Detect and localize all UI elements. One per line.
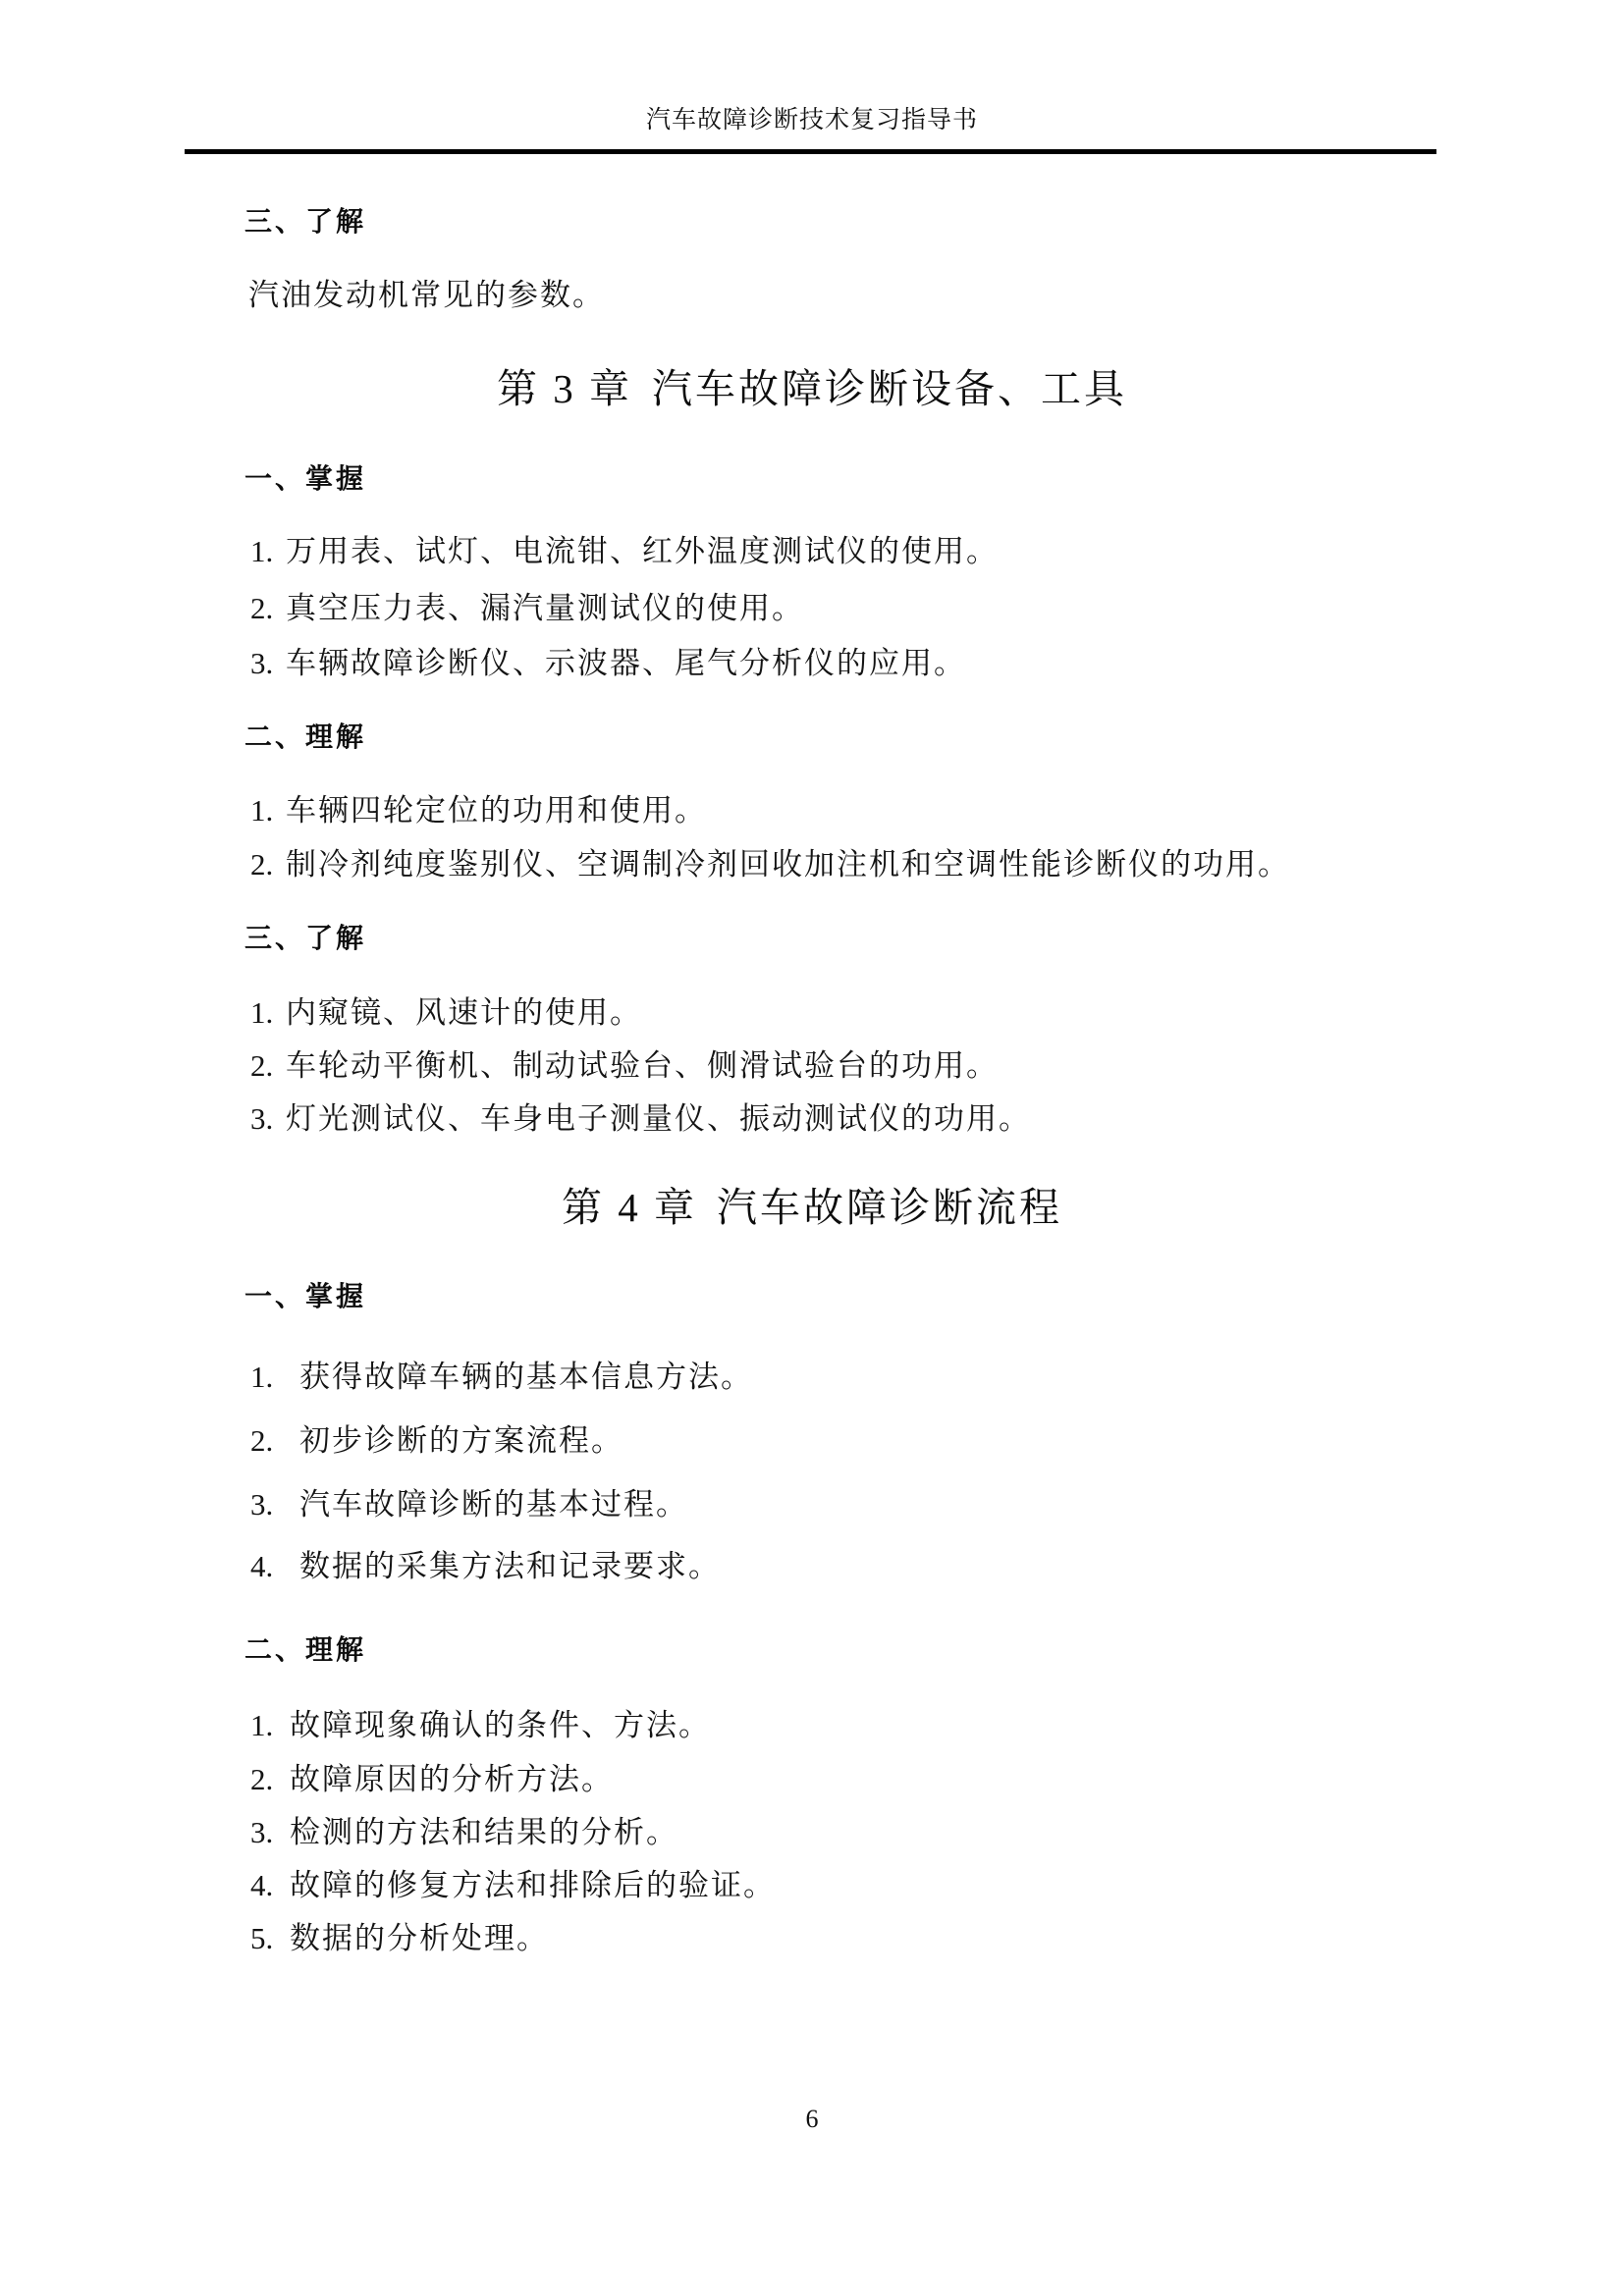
page-number: 6 [0,2104,1624,2135]
item-text: 故障原因的分析方法。 [290,1762,614,1796]
item-text: 数据的采集方法和记录要求。 [299,1549,721,1583]
ch4-section-heading-master: 一、掌握 [244,1281,1624,1314]
list-item: 3.车辆故障诊断仪、示波器、尾气分析仪的应用。 [250,646,1624,681]
item-number: 2. [250,847,286,882]
item-number: 3. [250,1487,299,1522]
item-text: 万用表、试灯、电流钳、红外温度测试仪的使用。 [286,534,999,568]
item-number: 3. [250,646,286,681]
item-text: 真空压力表、漏汽量测试仪的使用。 [286,591,804,625]
item-text: 内窥镜、风速计的使用。 [286,995,642,1030]
item-text: 制冷剂纯度鉴别仪、空调制冷剂回收加注机和空调性能诊断仪的功用。 [286,847,1290,881]
chapter-4-number: 第 4 章 [562,1185,697,1230]
list-item: 3.汽车故障诊断的基本过程。 [250,1487,1624,1522]
item-number: 3. [250,1101,286,1137]
item-text: 汽车故障诊断的基本过程。 [299,1487,688,1522]
item-number: 4. [250,1549,299,1584]
page-content: 三、了解 汽油发动机常见的参数。 第 3 章汽车故障诊断设备、工具 一、掌握 1… [0,0,1624,1956]
item-number: 4. [250,1868,290,1903]
item-number: 5. [250,1921,290,1956]
item-number: 2. [250,1423,299,1459]
item-number: 1. [250,534,286,569]
item-number: 3. [250,1815,290,1850]
list-item: 5.数据的分析处理。 [250,1921,1624,1956]
item-number: 2. [250,1048,286,1084]
ch3-section-heading-master: 一、掌握 [244,463,1624,497]
item-text: 数据的分析处理。 [290,1921,549,1955]
item-text: 灯光测试仪、车身电子测量仪、振动测试仪的功用。 [286,1101,1031,1136]
list-item: 2.真空压力表、漏汽量测试仪的使用。 [250,591,1624,626]
item-number: 2. [250,591,286,626]
list-item: 3.灯光测试仪、车身电子测量仪、振动测试仪的功用。 [250,1101,1624,1137]
list-item: 1.车辆四轮定位的功用和使用。 [250,793,1624,828]
ch3-section-heading-know: 三、了解 [244,923,1624,956]
item-number: 1. [250,1360,299,1395]
item-text: 车轮动平衡机、制动试验台、侧滑试验台的功用。 [286,1048,999,1083]
item-number: 1. [250,793,286,828]
item-number: 1. [250,1708,290,1743]
item-text: 检测的方法和结果的分析。 [290,1815,678,1849]
item-number: 1. [250,995,286,1031]
item-text: 故障的修复方法和排除后的验证。 [290,1868,776,1902]
list-item: 1.万用表、试灯、电流钳、红外温度测试仪的使用。 [250,534,1624,569]
list-item: 2.制冷剂纯度鉴别仪、空调制冷剂回收加注机和空调性能诊断仪的功用。 [250,847,1624,882]
chapter-3-number: 第 3 章 [497,366,632,411]
ch3-section-heading-comprehend: 二、理解 [244,721,1624,755]
chapter-3-title: 第 3 章汽车故障诊断设备、工具 [0,365,1624,412]
list-item: 3.检测的方法和结果的分析。 [250,1815,1624,1850]
item-text: 故障现象确认的条件、方法。 [290,1708,711,1742]
chapter-4-title: 第 4 章汽车故障诊断流程 [0,1184,1624,1231]
section-heading-understand-prev: 三、了解 [244,206,1624,240]
list-item: 1.内窥镜、风速计的使用。 [250,995,1624,1031]
carryover-paragraph: 汽油发动机常见的参数。 [248,278,1624,313]
chapter-3-name: 汽车故障诊断设备、工具 [652,366,1127,411]
item-text: 初步诊断的方案流程。 [299,1423,623,1458]
document-page: 汽车故障诊断技术复习指导书 三、了解 汽油发动机常见的参数。 第 3 章汽车故障… [0,0,1624,2296]
list-item: 1.故障现象确认的条件、方法。 [250,1708,1624,1743]
list-item: 1.获得故障车辆的基本信息方法。 [250,1360,1624,1395]
list-item: 2.故障原因的分析方法。 [250,1762,1624,1797]
list-item: 2.初步诊断的方案流程。 [250,1423,1624,1459]
item-text: 车辆四轮定位的功用和使用。 [286,793,707,828]
chapter-4-name: 汽车故障诊断流程 [717,1185,1062,1230]
item-text: 获得故障车辆的基本信息方法。 [299,1360,753,1394]
list-item: 4.故障的修复方法和排除后的验证。 [250,1868,1624,1903]
list-item: 4.数据的采集方法和记录要求。 [250,1549,1624,1584]
ch4-section-heading-comprehend: 二、理解 [244,1634,1624,1668]
list-item: 2.车轮动平衡机、制动试验台、侧滑试验台的功用。 [250,1048,1624,1084]
item-text: 车辆故障诊断仪、示波器、尾气分析仪的应用。 [286,646,966,680]
item-number: 2. [250,1762,290,1797]
